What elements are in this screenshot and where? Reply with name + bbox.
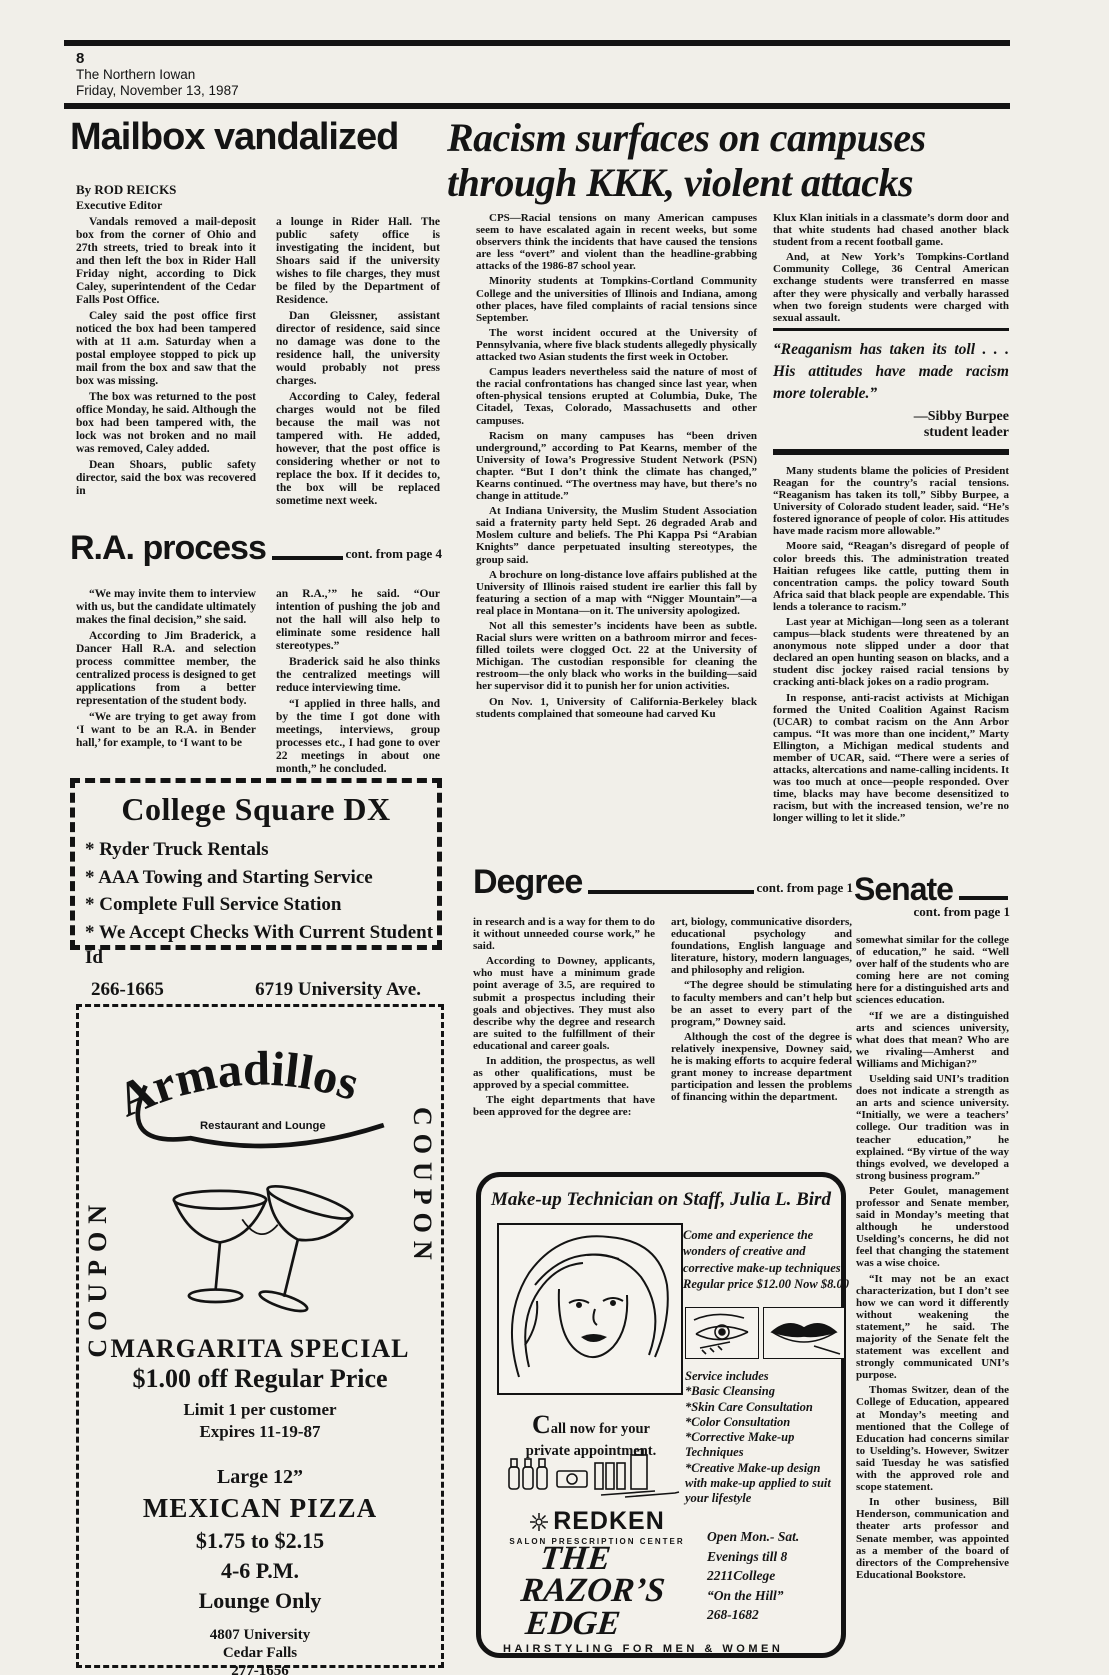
college-square-title: College Square DX <box>75 791 437 828</box>
paragraph: Thomas Switzer, dean of the College of E… <box>856 1384 1009 1493</box>
racism-column-2-bottom: Many students blame the policies of Pres… <box>773 465 1009 825</box>
salon-name-line1: THE <box>523 1543 670 1575</box>
pizza-item: MEXICAN PIZZA <box>79 1493 441 1524</box>
services-header: Service includes <box>685 1369 843 1384</box>
paragraph: Vandals removed a mail-deposit box from … <box>76 216 256 307</box>
ra-process-section-head: R.A. process cont. from page 4 <box>70 532 442 564</box>
page-number: 8 <box>76 50 84 67</box>
paragraph: Minority students at Tompkins-Cortland C… <box>476 275 757 323</box>
armadillos-coupon-ad: COUPON COUPON Armadillos Restaurant and … <box>76 1004 444 1668</box>
coupon-label-left: COUPON <box>83 1197 113 1358</box>
ra-column-2: an R.A.,’” he said. “Our intention of pu… <box>276 588 440 779</box>
paragraph: art, biology, communicative disorders, e… <box>671 916 852 976</box>
college-square-address: 6719 University Ave. <box>255 979 421 1001</box>
degree-column-2: art, biology, communicative disorders, e… <box>671 916 852 1106</box>
makeup-ad-title: Make-up Technician on Staff, Julia L. Bi… <box>481 1189 841 1211</box>
publication-name: The Northern Iowan <box>76 67 195 82</box>
paragraph: a lounge in Rider Hall. The public safet… <box>276 216 440 307</box>
paragraph: *Skin Care Consultation <box>685 1400 843 1415</box>
ra-process-headline: R.A. process <box>70 532 266 564</box>
paragraph: Not all this semester’s incidents have b… <box>476 620 757 693</box>
pull-quote-text: “Reaganism has taken its toll . . . His … <box>773 339 1009 405</box>
senate-section-head: Senate cont. from page 1 <box>854 874 1010 922</box>
armadillos-tagline: Restaurant and Lounge <box>200 1120 326 1132</box>
salon-name-line3: EDGE <box>516 1608 663 1640</box>
paragraph: Klux Klan initials in a classmate’s dorm… <box>773 212 1009 248</box>
racism-headline-line2: through KKK, violent attacks <box>447 161 1012 206</box>
paragraph: Moore said, “Reagan’s disregard of peopl… <box>773 540 1009 613</box>
ra-column-1: “We may invite them to interview with us… <box>76 588 256 753</box>
woman-face-illustration <box>497 1223 683 1395</box>
paragraph: Come and experience the <box>683 1227 845 1243</box>
services-list: *Basic Cleansing*Skin Care Consultation*… <box>685 1384 843 1506</box>
degree-column-1: in research and is a way for them to do … <box>473 916 655 1122</box>
salon-hours: Open Mon.- Sat.Evenings till 82211Colleg… <box>707 1527 799 1625</box>
cosmetics-illustration <box>505 1449 681 1506</box>
college-square-services: Ryder Truck RentalsAAA Towing and Starti… <box>85 838 437 970</box>
paragraph: Campus leaders nevertheless said the nat… <box>476 366 757 426</box>
paragraph: Braderick said he also thinks the centra… <box>276 656 440 695</box>
college-square-contact: 266-1665 6719 University Ave. <box>75 973 437 1001</box>
paragraph: The worst incident occured at the Univer… <box>476 327 757 363</box>
paragraph: According to Jim Braderick, a Dancer Hal… <box>76 630 256 708</box>
paragraph: *Creative Make-up design with make-up ap… <box>685 1461 843 1507</box>
paragraph: In other business, Bill Henderson, commu… <box>856 1496 1009 1581</box>
pull-quote-attribution-title: student leader <box>773 425 1009 441</box>
paragraph: The eight departments that have been app… <box>473 1094 655 1118</box>
publication-date: Friday, November 13, 1987 <box>76 83 239 98</box>
svg-text:Armadillos: Armadillos <box>110 1042 365 1128</box>
newspaper-page: 8 The Northern Iowan Friday, November 13… <box>0 0 1109 1675</box>
racism-column-2: Klux Klan initials in a classmate’s dorm… <box>773 212 1009 828</box>
salon-name: THE RAZOR’S EDGE <box>516 1543 670 1640</box>
paragraph: “On the Hill” <box>707 1586 799 1606</box>
paragraph: In addition, the prospectus, as well as … <box>473 1055 655 1091</box>
paragraph: Regular price $12.00 Now $8.00 <box>683 1276 845 1292</box>
mailbox-column-2: a lounge in Rider Hall. The public safet… <box>276 216 440 511</box>
paragraph: And, at New York’s Tompkins-Cortland Com… <box>773 251 1009 324</box>
redken-flower-icon <box>529 1512 549 1532</box>
paragraph: Ryder Truck Rentals <box>85 838 437 863</box>
paragraph: wonders of creative and <box>683 1243 845 1259</box>
paragraph: *Corrective Make-up Techniques <box>685 1430 843 1461</box>
racism-headline-line1: Racism surfaces on campuses <box>447 116 1012 161</box>
college-square-ad: College Square DX Ryder Truck RentalsAAA… <box>70 778 442 950</box>
pull-quote: “Reaganism has taken its toll . . . His … <box>773 328 1009 455</box>
paragraph: Last year at Michigan—long seen as a tol… <box>773 616 1009 689</box>
paragraph: Many students blame the policies of Pres… <box>773 465 1009 538</box>
paragraph: Peter Goulet, management professor and S… <box>856 1185 1009 1270</box>
racism-headline: Racism surfaces on campuses through KKK,… <box>447 116 1012 206</box>
paragraph: “The degree should be stimulating to fac… <box>671 979 852 1027</box>
armadillos-logo-text: Armadillos <box>110 1042 365 1128</box>
racism-column-1: CPS—Racial tensions on many American cam… <box>476 212 757 723</box>
coupon-expires: Expires 11-19-87 <box>79 1422 441 1442</box>
armadillos-address-2: Cedar Falls <box>79 1644 441 1662</box>
paragraph: CPS—Racial tensions on many American cam… <box>476 212 757 272</box>
armadillos-phone: 277-1656 <box>79 1662 441 1675</box>
pull-quote-rule-top <box>773 328 1009 331</box>
degree-headline: Degree <box>473 866 582 898</box>
coupon-limit: Limit 1 per customer <box>79 1400 441 1420</box>
redken-wordmark: REDKEN <box>553 1507 665 1536</box>
pizza-size: Large 12” <box>79 1466 441 1489</box>
headline-rule <box>272 556 344 560</box>
paragraph: Complete Full Service Station <box>85 893 437 918</box>
paragraph: The box was returned to the post office … <box>76 391 256 456</box>
pizza-venue: Lounge Only <box>79 1588 441 1614</box>
paragraph: “It may not be an exact characterization… <box>856 1273 1009 1382</box>
margarita-special-title: MARGARITA SPECIAL <box>79 1334 441 1364</box>
lips-illustration <box>763 1307 845 1364</box>
college-square-phone: 266-1665 <box>91 979 164 1001</box>
senate-headline: Senate <box>854 874 953 904</box>
byline-title: Executive Editor <box>76 198 176 213</box>
paragraph: On Nov. 1, University of California-Berk… <box>476 696 757 720</box>
paragraph: A brochure on long-distance love affairs… <box>476 569 757 617</box>
eye-illustration <box>685 1307 759 1364</box>
margarita-special-offer: $1.00 off Regular Price <box>79 1364 441 1394</box>
paragraph: an R.A.,’” he said. “Our intention of pu… <box>276 588 440 653</box>
senate-continued-label: cont. from page 1 <box>854 904 1010 922</box>
paragraph: Evenings till 8 <box>707 1547 799 1567</box>
paragraph: *Color Consultation <box>685 1415 843 1430</box>
degree-section-head: Degree cont. from page 1 <box>473 866 853 898</box>
paragraph: corrective make-up techniques <box>683 1260 845 1276</box>
paragraph: 2211College <box>707 1566 799 1586</box>
paragraph: According to Downey, applicants, who mus… <box>473 955 655 1052</box>
paragraph: “We may invite them to interview with us… <box>76 588 256 627</box>
mailbox-headline: Mailbox vandalized <box>70 118 452 156</box>
ra-process-continued-label: cont. from page 4 <box>345 546 442 564</box>
paragraph: In response, anti-racist activists at Mi… <box>773 692 1009 825</box>
paragraph: in research and is a way for them to do … <box>473 916 655 952</box>
paragraph: Caley said the post office first noticed… <box>76 310 256 388</box>
racism-column-2-top: Klux Klan initials in a classmate’s dorm… <box>773 212 1009 324</box>
salon-name-line2: RAZOR’S <box>519 1575 666 1607</box>
paragraph: Racism on many campuses has “been driven… <box>476 430 757 503</box>
pull-quote-rule-bottom <box>773 449 1009 455</box>
makeup-intro-text: Come and experience thewonders of creati… <box>683 1227 845 1292</box>
armadillos-logo: Armadillos Restaurant and Lounge <box>110 1033 410 1159</box>
paragraph: Open Mon.- Sat. <box>707 1527 799 1547</box>
paragraph: Dan Gleissner, assistant director of res… <box>276 310 440 388</box>
pull-quote-attribution: —Sibby Burpee <box>773 409 1009 425</box>
masthead-rule-bottom <box>64 103 1010 109</box>
salon-footer: HAIRSTYLING FOR MEN & WOMEN <box>503 1643 783 1655</box>
pizza-time: 4-6 P.M. <box>79 1558 441 1584</box>
paragraph: “I applied in three halls, and by the ti… <box>276 698 440 776</box>
mailbox-byline: By ROD REICKS Executive Editor <box>76 182 176 213</box>
makeup-services: Service includes *Basic Cleansing*Skin C… <box>685 1369 843 1506</box>
headline-rule <box>588 890 754 894</box>
senate-column: somewhat similar for the college of educ… <box>856 934 1009 1584</box>
degree-continued-label: cont. from page 1 <box>756 880 853 898</box>
paragraph: According to Caley, federal charges woul… <box>276 391 440 508</box>
pizza-price: $1.75 to $2.15 <box>79 1528 441 1554</box>
call-line-1: Call now for your <box>503 1409 679 1442</box>
mailbox-column-1: Vandals removed a mail-deposit box from … <box>76 216 256 501</box>
paragraph: 268-1682 <box>707 1605 799 1625</box>
coupon-label-right: COUPON <box>407 1107 437 1268</box>
paragraph: Although the cost of the degree is relat… <box>671 1031 852 1104</box>
armadillos-address-1: 4807 University <box>79 1626 441 1644</box>
razors-edge-ad: Make-up Technician on Staff, Julia L. Bi… <box>476 1172 846 1658</box>
paragraph: “We are trying to get away from ‘I want … <box>76 711 256 750</box>
paragraph: AAA Towing and Starting Service <box>85 866 437 891</box>
paragraph: Uselding said UNI’s tradition does not i… <box>856 1073 1009 1182</box>
paragraph: We Accept Checks With Current Student Id <box>85 921 437 970</box>
paragraph: somewhat similar for the college of educ… <box>856 934 1009 1007</box>
paragraph: Dean Shoars, public safety director, sai… <box>76 459 256 498</box>
headline-rule <box>959 896 1008 900</box>
paragraph: At Indiana University, the Muslim Studen… <box>476 505 757 565</box>
masthead-rule-top <box>64 40 1010 46</box>
paragraph: *Basic Cleansing <box>685 1384 843 1399</box>
paragraph: “If we are a distinguished arts and scie… <box>856 1010 1009 1070</box>
byline-author: By ROD REICKS <box>76 182 176 198</box>
margarita-glasses-illustration <box>145 1166 375 1326</box>
